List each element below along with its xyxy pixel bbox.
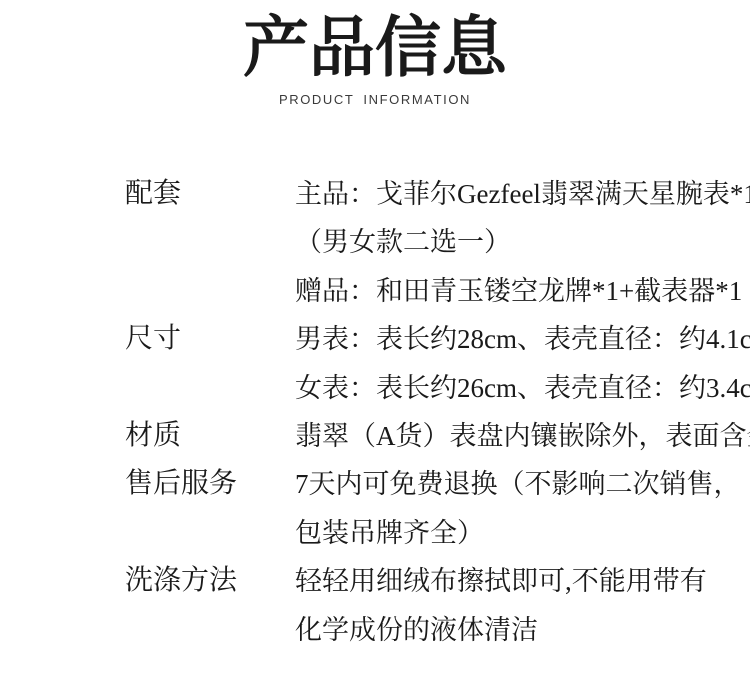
spec-line: 包装吊牌齐全） [295, 509, 750, 557]
spec-label: 材质 [0, 412, 295, 460]
product-info-sheet: 产品信息 PRODUCT INFORMATION 配套 主品：戈菲尔Gezfee… [0, 0, 750, 693]
spec-label: 洗涤方法 [0, 557, 295, 605]
spec-content: 主品：戈菲尔Gezfeel翡翠满天星腕表*1（男女款二选一）赠品：和田青玉镂空龙… [295, 170, 750, 315]
page-subtitle: PRODUCT INFORMATION [0, 92, 750, 107]
spec-row: 售后服务 7天内可免费退换（不影响二次销售，包装吊牌齐全） [0, 460, 750, 557]
spec-content: 轻轻用细绒布擦拭即可,不能用带有化学成份的液体清洁 [295, 557, 750, 654]
spec-label: 售后服务 [0, 460, 295, 508]
spec-list: 配套 主品：戈菲尔Gezfeel翡翠满天星腕表*1（男女款二选一）赠品：和田青玉… [0, 170, 750, 654]
spec-label: 尺寸 [0, 315, 295, 363]
spec-row: 材质 翡翠（A货）表盘内镶嵌除外，表面含金 [0, 412, 750, 460]
spec-line: 女表：表长约26cm、表壳直径：约3.4cm [295, 364, 750, 412]
spec-label: 配套 [0, 170, 295, 218]
spec-line: 男表：表长约28cm、表壳直径：约4.1cm [295, 315, 750, 363]
spec-row: 洗涤方法 轻轻用细绒布擦拭即可,不能用带有化学成份的液体清洁 [0, 557, 750, 654]
page-header: 产品信息 PRODUCT INFORMATION [0, 10, 750, 107]
spec-line: 主品：戈菲尔Gezfeel翡翠满天星腕表*1 [295, 170, 750, 218]
spec-line: 翡翠（A货）表盘内镶嵌除外，表面含金 [295, 412, 750, 460]
page-title: 产品信息 [0, 10, 750, 88]
spec-row: 尺寸 男表：表长约28cm、表壳直径：约4.1cm女表：表长约26cm、表壳直径… [0, 315, 750, 412]
spec-line: 化学成份的液体清洁 [295, 606, 750, 654]
spec-line: （男女款二选一） [295, 218, 750, 266]
spec-content: 男表：表长约28cm、表壳直径：约4.1cm女表：表长约26cm、表壳直径：约3… [295, 315, 750, 412]
spec-row: 配套 主品：戈菲尔Gezfeel翡翠满天星腕表*1（男女款二选一）赠品：和田青玉… [0, 170, 750, 315]
spec-line: 7天内可免费退换（不影响二次销售， [295, 460, 750, 508]
spec-line: 赠品：和田青玉镂空龙牌*1+截表器*1 [295, 267, 750, 315]
spec-line: 轻轻用细绒布擦拭即可,不能用带有 [295, 557, 750, 605]
spec-content: 翡翠（A货）表盘内镶嵌除外，表面含金 [295, 412, 750, 460]
spec-content: 7天内可免费退换（不影响二次销售，包装吊牌齐全） [295, 460, 750, 557]
